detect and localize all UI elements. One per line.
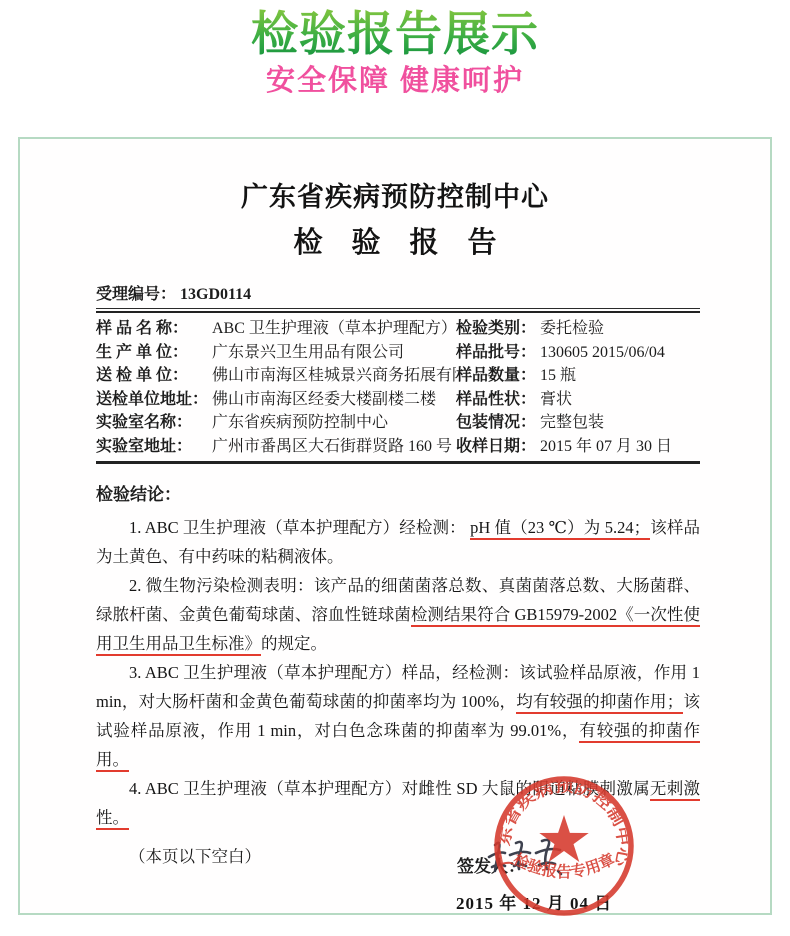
field-label: 实验室名称： bbox=[96, 411, 212, 435]
field-label: 样品性状： bbox=[456, 388, 540, 412]
conclusion-paragraph: 2. 微生物污染检测表明：该产品的细菌菌落总数、真菌菌落总数、大肠菌群、绿脓杆菌… bbox=[96, 571, 700, 658]
sample-info-table: 样 品 名 称： ABC 卫生护理液（草本护理配方） 检验类别： 委托检验 生 … bbox=[96, 317, 700, 458]
field-label: 送检单位地址： bbox=[96, 388, 212, 412]
field-value: 完整包装 bbox=[540, 411, 700, 435]
divider bbox=[96, 311, 700, 313]
field-label: 实验室地址： bbox=[96, 435, 212, 459]
report-doc-title: 检 验 报 告 bbox=[20, 220, 770, 261]
table-row: 送检单位地址： 佛山市南海区经委大楼副楼二楼 样品性状： 膏状 bbox=[96, 388, 700, 412]
conclusion-paragraph: 1. ABC 卫生护理液（草本护理配方）经检测： pH 值（23 ℃）为 5.2… bbox=[96, 513, 700, 571]
table-row: 生 产 单 位： 广东景兴卫生用品有限公司 样品批号： 130605 2015/… bbox=[96, 341, 700, 365]
highlighted-text: pH 值（23 ℃）为 5.24； bbox=[470, 518, 650, 540]
official-seal: 广东省疾病预防控制中心 检验报告专用章 bbox=[489, 771, 639, 921]
field-label: 生 产 单 位： bbox=[96, 341, 212, 365]
promo-banner: 检验报告展示 安全保障 健康呵护 bbox=[0, 0, 790, 98]
field-value: 广东省疾病预防控制中心 bbox=[212, 411, 456, 435]
table-row: 实验室名称： 广东省疾病预防控制中心 包装情况： 完整包装 bbox=[96, 411, 700, 435]
page-subtitle: 安全保障 健康呵护 bbox=[0, 64, 790, 98]
paragraph-text: 1. ABC 卫生护理液（草本护理配方）经检测： bbox=[129, 518, 470, 537]
table-row: 实验室地址： 广州市番禺区大石街群贤路 160 号 收样日期： 2015 年 0… bbox=[96, 435, 700, 459]
field-value: 佛山市南海区经委大楼副楼二楼 bbox=[212, 388, 456, 412]
field-value: ABC 卫生护理液（草本护理配方） bbox=[212, 317, 456, 341]
report-document: 广东省疾病预防控制中心 检 验 报 告 受理编号：13GD0114 样 品 名 … bbox=[18, 137, 772, 915]
field-value: 2015 年 07 月 30 日 bbox=[540, 435, 700, 459]
acceptance-number-row: 受理编号：13GD0114 bbox=[96, 281, 700, 304]
divider bbox=[96, 308, 700, 309]
page-title: 检验报告展示 bbox=[0, 6, 790, 62]
field-label: 收样日期： bbox=[456, 435, 540, 459]
acceptance-number-value: 13GD0114 bbox=[176, 286, 251, 303]
field-value: 广州市番禺区大石街群贤路 160 号 bbox=[212, 435, 456, 459]
conclusion-paragraph: 3. ABC 卫生护理液（草本护理配方）样品，经检测：该试验样品原液，作用 1 … bbox=[96, 658, 700, 774]
divider bbox=[96, 461, 700, 464]
star-icon bbox=[539, 815, 588, 862]
field-value: 膏状 bbox=[540, 388, 700, 412]
field-value: 130605 2015/06/04 bbox=[540, 341, 700, 365]
acceptance-number-label: 受理编号： bbox=[96, 286, 176, 303]
seal-bottom-text: 检验报告专用章 bbox=[510, 849, 617, 881]
field-label: 检验类别： bbox=[456, 317, 540, 341]
conclusion-heading: 检验结论： bbox=[96, 480, 700, 505]
field-label: 样品批号： bbox=[456, 341, 540, 365]
field-label: 送 检 单 位： bbox=[96, 364, 212, 388]
field-label: 样 品 名 称： bbox=[96, 317, 212, 341]
table-row: 样 品 名 称： ABC 卫生护理液（草本护理配方） 检验类别： 委托检验 bbox=[96, 317, 700, 341]
field-label: 样品数量： bbox=[456, 364, 540, 388]
field-label: 包装情况： bbox=[456, 411, 540, 435]
paragraph-text: 的规定。 bbox=[261, 634, 327, 653]
report-org-title: 广东省疾病预防控制中心 bbox=[20, 175, 770, 214]
field-value: 15 瓶 bbox=[540, 364, 700, 388]
field-value: 广东景兴卫生用品有限公司 bbox=[212, 341, 456, 365]
svg-text:检验报告专用章: 检验报告专用章 bbox=[510, 849, 617, 881]
table-row: 送 检 单 位： 佛山市南海区桂城景兴商务拓展有限公司 样品数量： 15 瓶 bbox=[96, 364, 700, 388]
field-value: 佛山市南海区桂城景兴商务拓展有限公司 bbox=[212, 364, 456, 388]
field-value: 委托检验 bbox=[540, 317, 700, 341]
highlighted-text: 均有较强的抑菌作用； bbox=[516, 692, 683, 714]
